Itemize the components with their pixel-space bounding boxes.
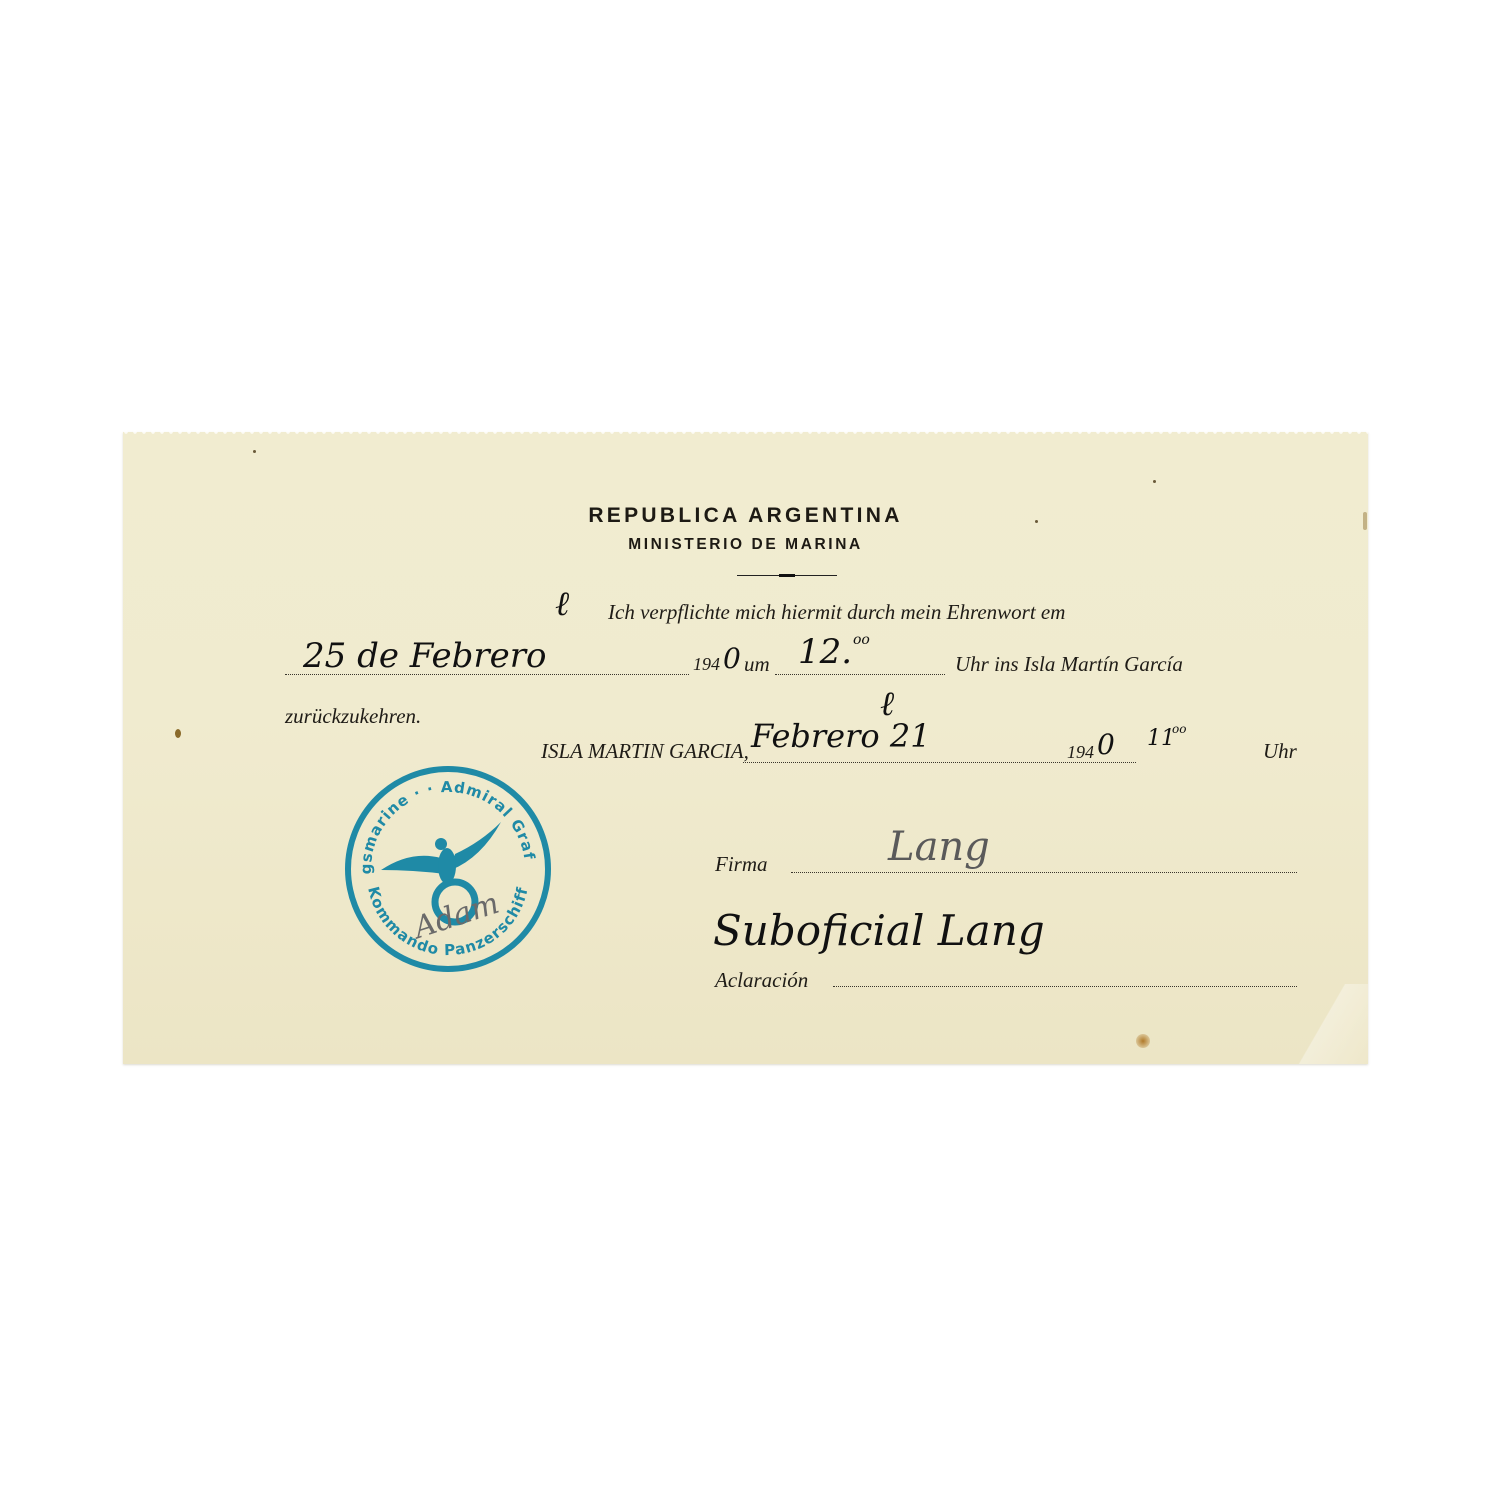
issue-time-sup: oo [1172, 722, 1186, 736]
pledge-line-1: Ich verpflichte mich hiermit durch mein … [608, 600, 1065, 625]
return-time-value: 12. [798, 632, 852, 672]
aclaracion-label: Aclaración [715, 968, 808, 993]
paper-fold [1298, 984, 1368, 1064]
um-label: um [744, 652, 770, 677]
issue-date-value: Febrero 21 [751, 717, 931, 755]
speck [1153, 480, 1156, 483]
year-prefix: 194 [693, 654, 720, 675]
issue-year-digit: 0 [1097, 728, 1115, 761]
stain-spot [1136, 1034, 1150, 1048]
firma-field-line [791, 872, 1297, 873]
return-time-sup: oo [853, 632, 870, 648]
firma-signature: Lang [888, 824, 990, 870]
issue-time-value: 11 [1147, 726, 1175, 751]
year-digit: 0 [723, 642, 741, 675]
document-title: REPUBLICA ARGENTINA [123, 504, 1368, 528]
speck [253, 450, 256, 453]
document-subtitle: MINISTERIO DE MARINA [123, 536, 1368, 554]
stain-spot [175, 729, 181, 738]
aclaracion-value: Suboficial Lang [713, 906, 1045, 955]
document-sheet: REPUBLICA ARGENTINA MINISTERIO DE MARINA… [123, 432, 1368, 1064]
return-date-value: 25 de Febrero [303, 636, 546, 676]
pledge-line-2-suffix: Uhr ins Isla Martín García [955, 652, 1183, 677]
uhr-label: Uhr [1263, 739, 1297, 764]
pledge-line-3: zurückzukehren. [285, 704, 421, 729]
place-label: ISLA MARTIN GARCIA, [541, 739, 749, 764]
aclaracion-field-line [833, 986, 1297, 987]
handwritten-flourish: ℓ [880, 684, 894, 724]
eagle-seal-icon: Kriegsmarine · · Admiral Graf Spee Komma… [341, 762, 555, 976]
header-divider [737, 575, 837, 576]
issue-year-prefix: 194 [1067, 742, 1094, 763]
firma-label: Firma [715, 852, 768, 877]
handwritten-flourish: ℓ [555, 584, 569, 624]
official-stamp: Kriegsmarine · · Admiral Graf Spee Komma… [341, 762, 555, 976]
time-field-line [775, 674, 945, 675]
